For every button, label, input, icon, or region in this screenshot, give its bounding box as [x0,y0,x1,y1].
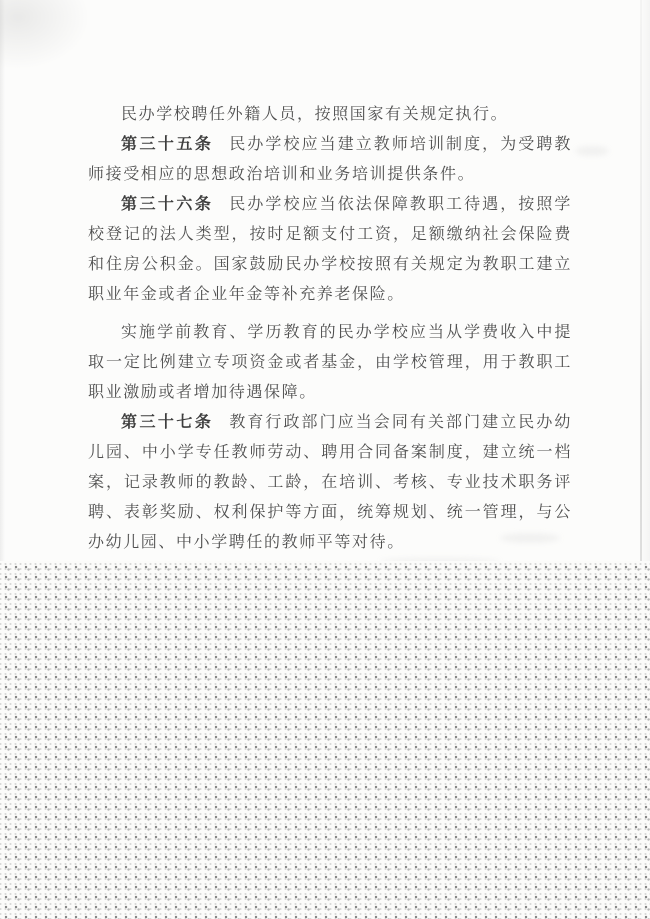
paragraph: 第三十五条民办学校应当建立教师培训制度，为受聘教师接受相应的思想政治培训和业务培… [88,130,572,190]
document-body: 民办学校聘任外籍人员，按照国家有关规定执行。第三十五条民办学校应当建立教师培训制… [88,100,572,558]
scan-corner-shading [0,0,90,70]
paragraph: 第三十七条教育行政部门应当会同有关部门建立民办幼儿园、中小学专任教师劳动、聘用合… [88,408,572,558]
scanned-document-page: 民办学校聘任外籍人员，按照国家有关规定执行。第三十五条民办学校应当建立教师培训制… [0,0,650,919]
paragraph: 实施学前教育、学历教育的民办学校应当从学费收入中提取一定比例建立专项资金或者基金… [88,318,572,408]
scan-right-margin-shading [640,0,650,562]
paragraph: 民办学校聘任外籍人员，按照国家有关规定执行。 [88,100,572,130]
scan-smudge [575,146,609,156]
paragraph-text: 民办学校聘任外籍人员，按照国家有关规定执行。 [121,106,508,123]
paragraph: 第三十六条民办学校应当依法保障教职工待遇，按照学校登记的法人类型，按时足额支付工… [88,190,572,310]
halftone-dot-region [0,561,650,919]
article-number: 第三十七条 [121,414,213,431]
scan-page-edge-line [640,0,642,562]
paragraph-text: 教育行政部门应当会同有关部门建立民办幼儿园、中小学专任教师劳动、聘用合同备案制度… [88,414,572,551]
paragraph-text: 实施学前教育、学历教育的民办学校应当从学费收入中提取一定比例建立专项资金或者基金… [88,324,572,401]
article-number: 第三十六条 [121,196,213,213]
article-number: 第三十五条 [121,136,213,153]
